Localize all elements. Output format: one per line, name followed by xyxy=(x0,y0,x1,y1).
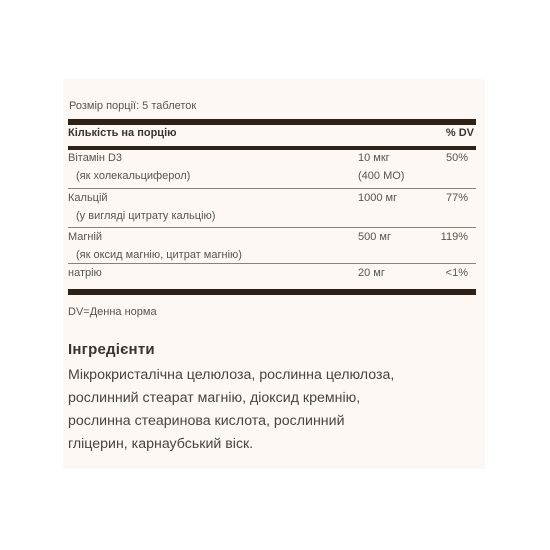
nutrient-dv: 119% xyxy=(441,231,468,243)
serving-size: Розмір порції: 5 таблеток xyxy=(69,100,196,112)
table-header: Кількість на порцію % DV xyxy=(68,127,476,139)
nutrient-amount: 500 мг xyxy=(358,231,391,243)
divider-thick xyxy=(68,119,476,125)
row-divider xyxy=(68,263,476,264)
row-divider xyxy=(68,227,476,228)
ingredients-line: рослинний стеарат магнію, діоксид кремні… xyxy=(68,387,488,410)
ingredients-line: гліцерин, карнаубський віск. xyxy=(68,433,488,456)
nutrient-source: (як холекальциферол) xyxy=(76,170,190,182)
ingredients-list: Мікрокристалічна целюлоза, рослинна целю… xyxy=(68,364,488,456)
nutrient-dv: <1% xyxy=(446,267,468,279)
ingredients-title: Інгредієнти xyxy=(68,341,155,358)
nutrient-name: Вітамін D3 xyxy=(68,152,122,164)
nutrient-amount: 10 мкг xyxy=(358,152,390,164)
nutrient-amount: 1000 мг xyxy=(358,192,397,204)
ingredients-line: Мікрокристалічна целюлоза, рослинна целю… xyxy=(68,364,488,387)
nutrient-dv: 50% xyxy=(446,152,468,164)
divider-medium xyxy=(68,146,476,150)
nutrient-name: Магній xyxy=(68,231,102,243)
dv-footnote: DV=Денна норма xyxy=(68,306,157,318)
divider-thick xyxy=(68,289,476,295)
header-dv: % DV xyxy=(446,127,474,139)
row-divider xyxy=(68,188,476,189)
nutrient-amount: 20 мг xyxy=(358,267,385,279)
nutrient-amount-alt: (400 МО) xyxy=(358,170,404,182)
nutrient-dv: 77% xyxy=(446,192,468,204)
nutrient-source: (як оксид магнію, цитрат магнію) xyxy=(76,249,242,261)
supplement-facts-card: Розмір порції: 5 таблеток Кількість на п… xyxy=(63,79,485,469)
header-amount-per-serving: Кількість на порцію xyxy=(68,127,177,139)
nutrient-name: Кальцій xyxy=(68,192,108,204)
nutrient-name: натрію xyxy=(68,267,102,279)
nutrient-source: (у вигляді цитрату кальцію) xyxy=(76,210,215,222)
ingredients-line: рослинна стеаринова кислота, рослинний xyxy=(68,410,488,433)
